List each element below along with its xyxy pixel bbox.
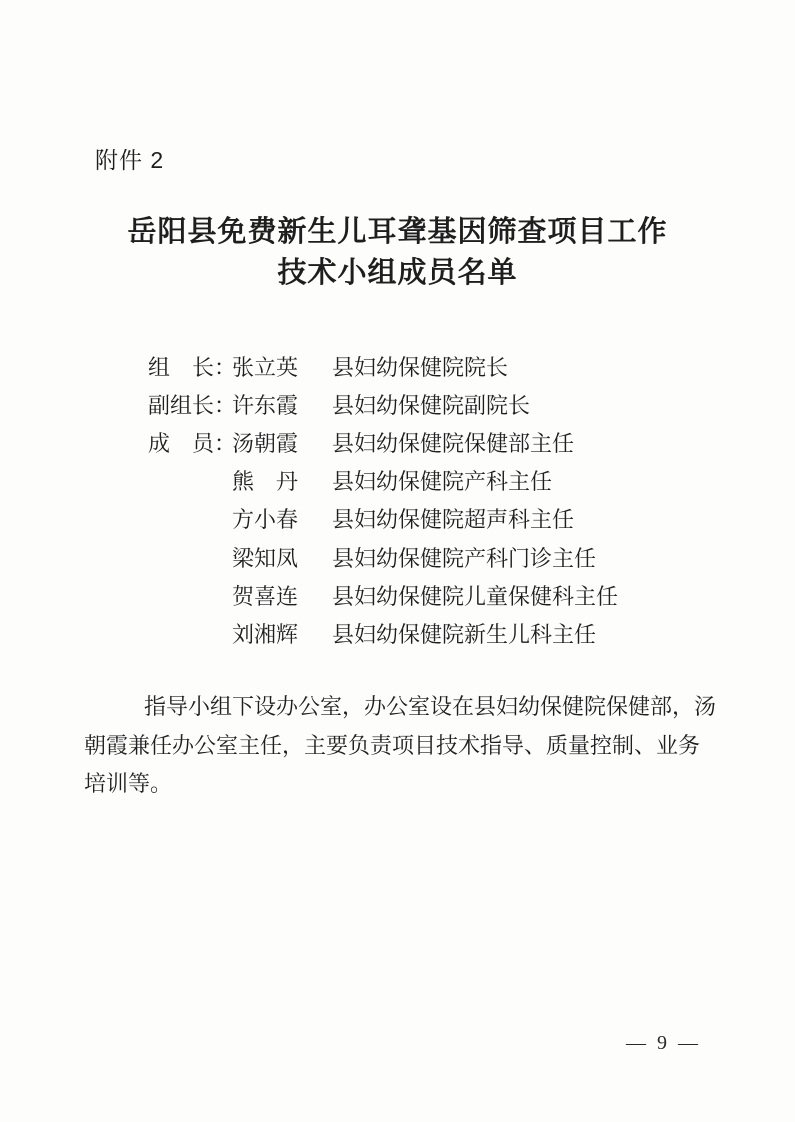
paragraph-line: 培训等。 (84, 765, 724, 804)
member-row: 组 长： 张立英 县妇幼保健院院长 (148, 347, 708, 385)
member-name: 许东霞 (232, 389, 332, 420)
member-name: 张立英 (232, 351, 332, 382)
member-position: 县妇幼保健院产科主任 (332, 465, 708, 496)
member-row: 方小春 县妇幼保健院超声科主任 (148, 500, 708, 538)
page-number: — 9 — (626, 1032, 701, 1055)
body-paragraph: 指导小组下设办公室，办公室设在县妇幼保健院保健部，汤 朝霞兼任办公室主任，主要负… (84, 688, 724, 804)
member-row: 贺喜连 县妇幼保健院儿童保健科主任 (148, 576, 708, 614)
title-line-1: 岳阳县免费新生儿耳聋基因筛查项目工作 (0, 212, 795, 253)
member-name: 熊 丹 (232, 465, 332, 496)
member-position: 县妇幼保健院院长 (332, 351, 708, 382)
member-row: 副组长： 许东霞 县妇幼保健院副院长 (148, 385, 708, 423)
member-name: 刘湘辉 (232, 618, 332, 649)
member-position: 县妇幼保健院超声科主任 (332, 503, 708, 534)
attachment-label: 附件 2 (95, 142, 164, 175)
member-position: 县妇幼保健院产科门诊主任 (332, 542, 708, 573)
member-position: 县妇幼保健院新生儿科主任 (332, 618, 708, 649)
member-position: 县妇幼保健院保健部主任 (332, 427, 708, 458)
member-role: 成 员： (148, 427, 232, 458)
member-row: 熊 丹 县妇幼保健院产科主任 (148, 462, 708, 500)
paragraph-line: 朝霞兼任办公室主任，主要负责项目技术指导、质量控制、业务 (84, 727, 724, 766)
paragraph-line: 指导小组下设办公室，办公室设在县妇幼保健院保健部，汤 (84, 688, 724, 727)
document-title: 岳阳县免费新生儿耳聋基因筛查项目工作 技术小组成员名单 (0, 212, 795, 294)
member-position: 县妇幼保健院副院长 (332, 389, 708, 420)
member-name: 贺喜连 (232, 580, 332, 611)
member-row: 梁知凤 县妇幼保健院产科门诊主任 (148, 538, 708, 576)
title-line-2: 技术小组成员名单 (0, 253, 795, 294)
member-row: 刘湘辉 县妇幼保健院新生儿科主任 (148, 614, 708, 652)
member-row: 成 员： 汤朝霞 县妇幼保健院保健部主任 (148, 423, 708, 461)
document-page: 附件 2 岳阳县免费新生儿耳聋基因筛查项目工作 技术小组成员名单 组 长： 张立… (0, 0, 795, 1122)
member-name: 方小春 (232, 503, 332, 534)
member-role: 组 长： (148, 351, 232, 382)
member-name: 汤朝霞 (232, 427, 332, 458)
member-list: 组 长： 张立英 县妇幼保健院院长 副组长： 许东霞 县妇幼保健院副院长 成 员… (148, 347, 708, 653)
member-position: 县妇幼保健院儿童保健科主任 (332, 580, 708, 611)
member-role: 副组长： (148, 389, 232, 420)
member-name: 梁知凤 (232, 542, 332, 573)
